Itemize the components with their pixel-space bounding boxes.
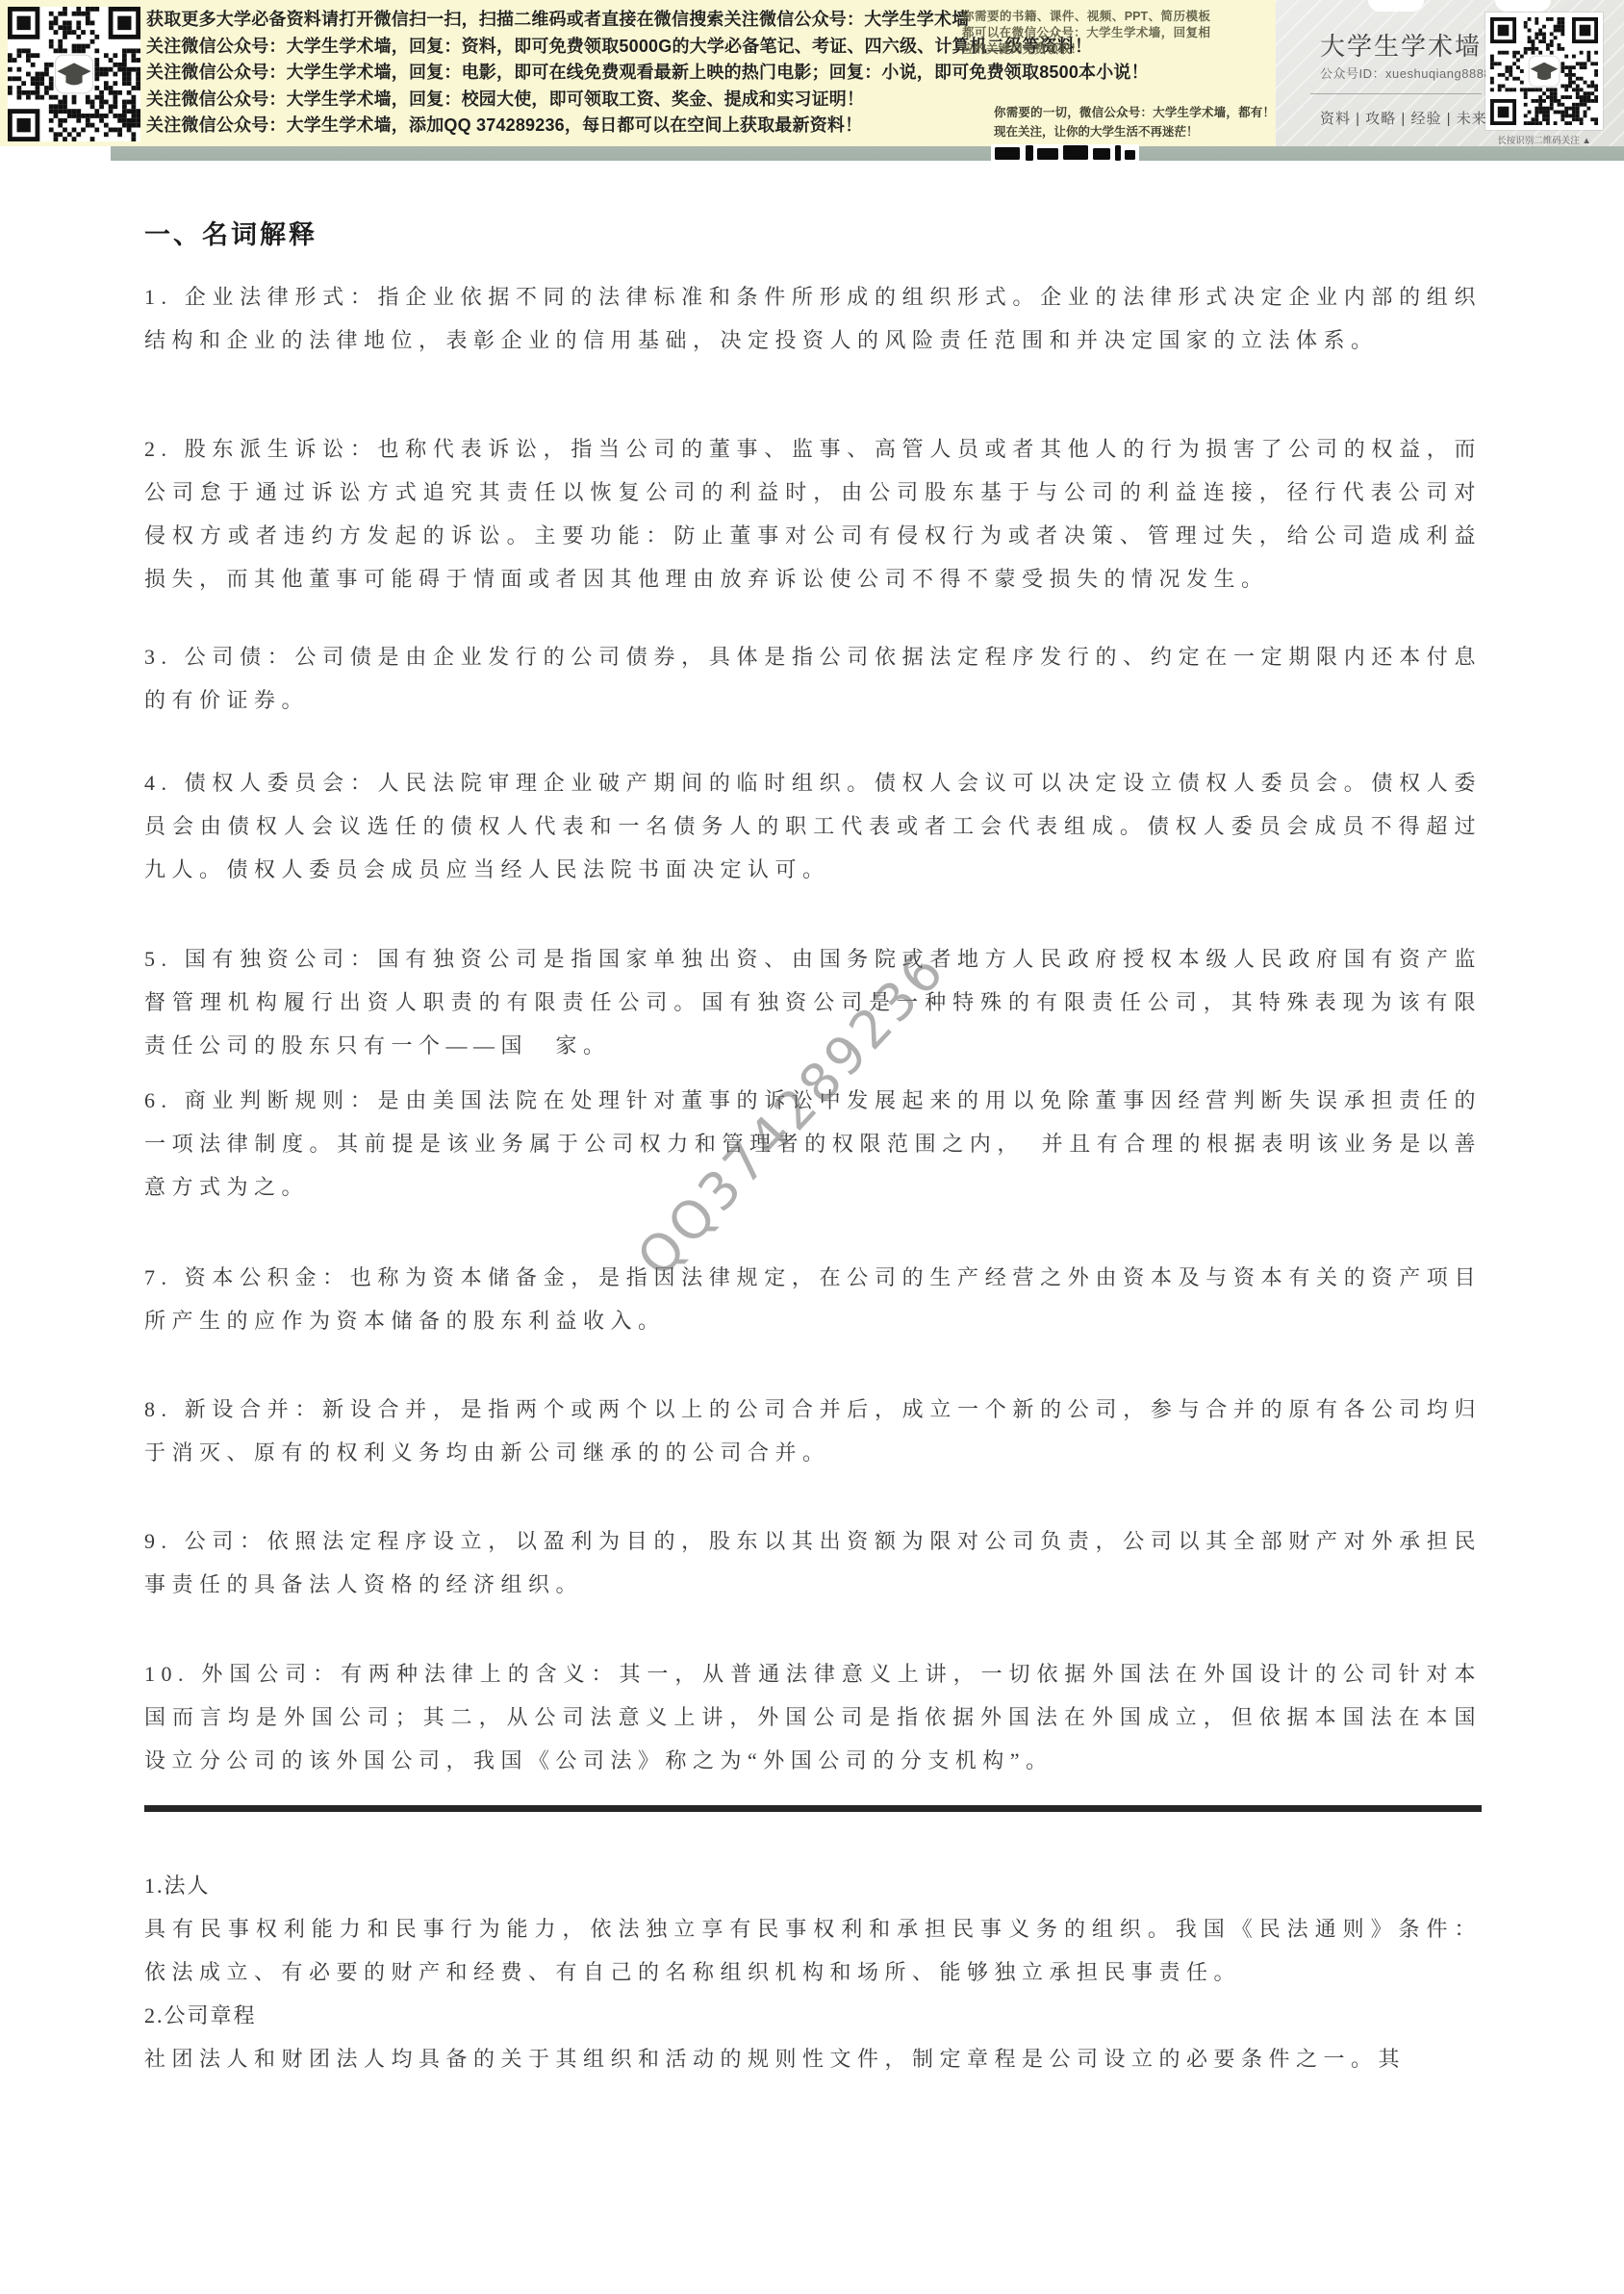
section-divider <box>144 1805 1482 1812</box>
card-divider <box>1310 93 1482 94</box>
promo-line-4: 关注微信公众号：大学生学术墙，回复：校园大使，即可领取工资、奖金、提成和实习证明… <box>146 87 974 114</box>
account-name: 大学生学术墙 <box>1320 27 1482 63</box>
card-top-bump <box>1495 0 1551 12</box>
qr-code-frame <box>1485 13 1603 130</box>
definition-item-9: 9. 公司：依照法定程序设立，以盈利为目的，股东以其出资额为限对公司负责，公司以… <box>144 1519 1482 1606</box>
graduation-cap-icon <box>1529 56 1560 87</box>
qr-code-icon-right <box>1490 17 1598 125</box>
banner-side-note-2: 你需要的一切，微信公众号：大学生学术墙，都有！现在关注，让你的大学生活不再迷茫！ <box>994 103 1275 141</box>
teal-strip <box>111 146 1624 161</box>
definition-item-8: 8. 新设合并：新设合并，是指两个或两个以上的公司合并后，成立一个新的公司，参与… <box>144 1388 1482 1474</box>
definition-item-4: 4. 债权人委员会：人民法院审理企业破产期间的临时组织。债权人会议可以决定设立债… <box>144 761 1482 891</box>
subsection-body-2: 社团法人和财团法人均具备的关于其组织和活动的规则性文件，制定章程是公司设立的必要… <box>144 2037 1482 2080</box>
document-body: 一、名词解释 1. 企业法律形式：指企业依据不同的法律标准和条件所形成的组织形式… <box>144 217 1482 2080</box>
promo-line-5: 关注微信公众号：大学生学术墙，添加QQ 374289236，每日都可以在空间上获… <box>146 113 974 140</box>
graduation-cap-icon <box>55 55 92 93</box>
card-top-bump <box>1368 0 1424 12</box>
definition-item-6: 6. 商业判断规则：是由美国法院在处理针对董事的诉讼中发展起来的用以免除董事因经… <box>144 1079 1482 1209</box>
scanned-document-page: 获取更多大学必备资料请打开微信扫一扫，扫描二维码或者直接在微信搜索关注微信公众号… <box>0 0 1624 2294</box>
qr-code-icon-left <box>8 7 140 141</box>
definition-item-10: 10. 外国公司：有两种法律上的含义：其一，从普通法律意义上讲，一切依据外国法在… <box>144 1652 1482 1782</box>
promo-line-1: 获取更多大学必备资料请打开微信扫一扫，扫描二维码或者直接在微信搜索关注微信公众号… <box>146 7 974 34</box>
definition-item-3: 3. 公司债：公司债是由企业发行的公司债券，具体是指公司依据法定程序发行的、约定… <box>144 635 1482 722</box>
promo-line-3: 关注微信公众号：大学生学术墙，回复：电影，即可在线免费观看最新上映的热门电影；回… <box>146 60 974 87</box>
wechat-account-card: 大学生学术墙 公众号ID：xueshuqiang8888 资料 | 攻略 | 经… <box>1276 0 1624 146</box>
subsection-heading-2: 2.公司章程 <box>144 1994 1482 2037</box>
definition-item-5: 5. 国有独资公司：国有独资公司是指国家单独出资、由国务院或者地方人民政府授权本… <box>144 937 1482 1067</box>
definition-item-1: 1. 企业法律形式：指企业依据不同的法律标准和条件所形成的组织形式。企业的法律形… <box>144 275 1482 362</box>
banner-side-note: 你需要的书籍、课件、视频、PPT、简历模板都可以在微信公众号：大学生学术墙，回复… <box>962 9 1210 58</box>
definition-item-2: 2. 股东派生诉讼：也称代表诉讼，指当公司的董事、监事、高管人员或者其他人的行为… <box>144 427 1482 600</box>
account-id: 公众号ID：xueshuqiang8888 <box>1320 64 1491 82</box>
promo-banner-background: 获取更多大学必备资料请打开微信扫一扫，扫描二维码或者直接在微信搜索关注微信公众号… <box>0 0 1276 146</box>
clipped-glyphs <box>991 144 1139 165</box>
promo-lines: 获取更多大学必备资料请打开微信扫一扫，扫描二维码或者直接在微信搜索关注微信公众号… <box>146 7 974 140</box>
definition-item-7: 7. 资本公积金：也称为资本储备金，是指因法律规定，在公司的生产经营之外由资本及… <box>144 1256 1482 1342</box>
subsection-body-1: 具有民事权利能力和民事行为能力，依法独立享有民事权利和承担民事义务的组织。我国《… <box>144 1907 1482 1994</box>
clipped-text-fragment <box>991 144 1139 165</box>
qr-caption: 长按识别二维码关注 ▲ <box>1478 133 1611 146</box>
account-categories: 资料 | 攻略 | 经验 | 未来 <box>1320 108 1487 128</box>
promo-line-2: 关注微信公众号：大学生学术墙，回复：资料，即可免费领取5000G的大学必备笔记、… <box>146 34 974 61</box>
subsection-heading-1: 1.法人 <box>144 1864 1482 1907</box>
page-title: 一、名词解释 <box>144 217 1482 252</box>
